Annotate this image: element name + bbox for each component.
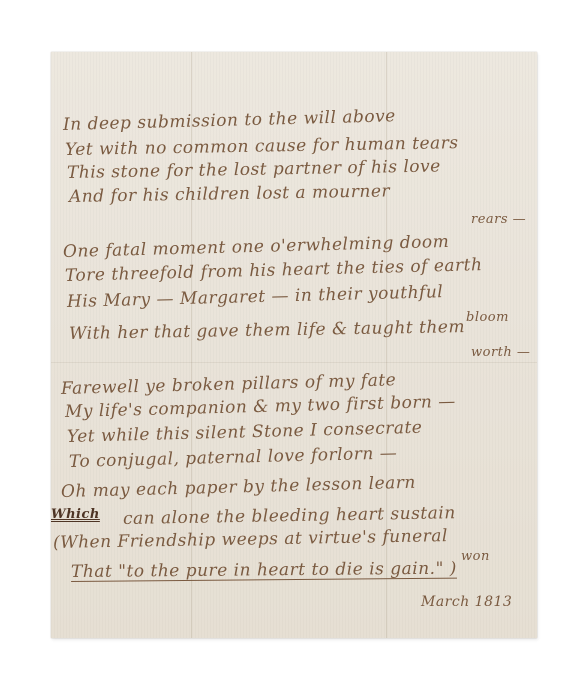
poem-continuation: rears —: [471, 212, 526, 227]
manuscript-sheet: In deep submission to the will above Yet…: [51, 52, 537, 638]
fold-line: [51, 362, 537, 363]
struck-word: Which: [51, 507, 100, 522]
poem-line: With her that gave them life & taught th…: [69, 317, 465, 344]
poem-line: can alone the bleeding heart sustain: [123, 503, 456, 529]
poem-line: In deep submission to the will above: [63, 106, 396, 135]
poem-line: Oh may each paper by the lesson learn: [61, 473, 416, 502]
poem-line: And for his children lost a mourner: [69, 181, 390, 207]
poem-line: To conjugal, paternal love forlorn —: [69, 443, 398, 472]
poem-insertion: worth —: [471, 345, 530, 360]
poem-insertion: won: [461, 549, 490, 564]
poem-line: This stone for the lost partner of his l…: [67, 156, 441, 183]
poem-line: (When Friendship weeps at virtue's funer…: [53, 526, 448, 553]
poem-line: That "to the pure in heart to die is gai…: [71, 559, 457, 582]
poem-line: Yet with no common cause for human tears: [65, 133, 459, 160]
poem-line: Yet while this silent Stone I consecrate: [67, 418, 423, 447]
poem-insertion: bloom: [466, 310, 509, 325]
date-signature: March 1813: [421, 594, 512, 610]
